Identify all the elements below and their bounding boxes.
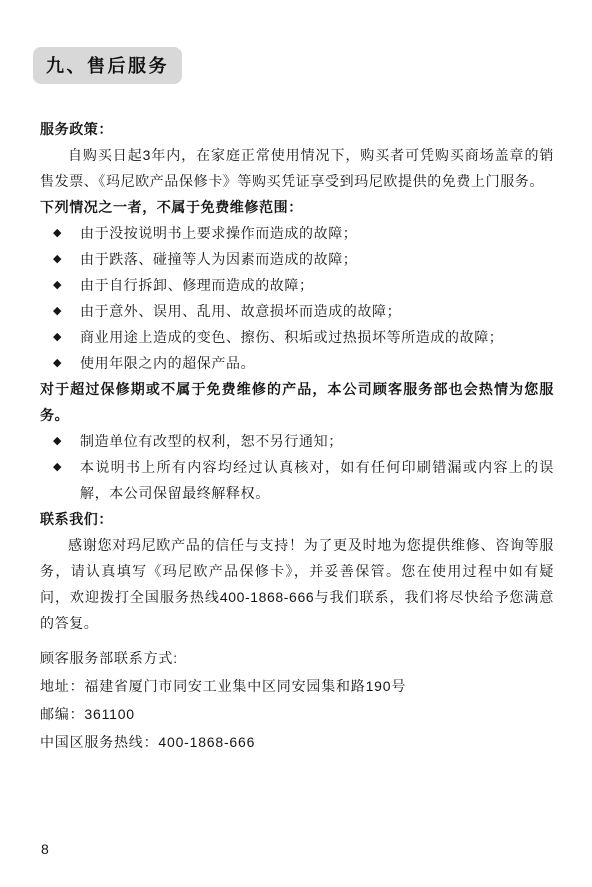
exclusions-heading: 下列情况之一者，不属于免费维修范围：	[40, 194, 554, 220]
page-content: 服务政策： 自购买日起3年内，在家庭正常使用情况下，购买者可凭购买商场盖章的销售…	[40, 116, 554, 756]
section-title: 九、售后服务	[46, 56, 169, 76]
diamond-bullet-icon: ◆	[53, 324, 61, 350]
over-warranty-note: 对于超过保修期或不属于免费维修的产品，本公司顾客服务部也会热情为您服务。	[40, 376, 554, 428]
exclusions-list: ◆ 由于没按说明书上要求操作而造成的故障； ◆ 由于跌落、碰撞等人为因素而造成的…	[40, 220, 554, 376]
note-text: 制造单位有改型的权利，恕不另行通知；	[80, 433, 343, 449]
contact-heading: 联系我们：	[40, 506, 554, 532]
exclusion-text: 由于跌落、碰撞等人为因素而造成的故障；	[80, 251, 357, 267]
section-title-box: 九、售后服务	[33, 47, 182, 84]
diamond-bullet-icon: ◆	[53, 272, 61, 298]
notes-list: ◆ 制造单位有改型的权利，恕不另行通知； ◆ 本说明书上所有内容均经过认真核对，…	[40, 428, 554, 506]
service-policy-intro: 自购买日起3年内，在家庭正常使用情况下，购买者可凭购买商场盖章的销售发票、《玛尼…	[40, 142, 554, 194]
address-line: 地址：福建省厦门市同安工业集中区同安园集和路190号	[40, 672, 554, 700]
service-dept-heading: 顾客服务部联系方式:	[40, 644, 554, 672]
list-item: ◆ 商业用途上造成的变色、擦伤、积垢或过热损坏等所造成的故障；	[40, 324, 554, 350]
service-policy-heading: 服务政策：	[40, 116, 554, 142]
manual-page: 九、售后服务 服务政策： 自购买日起3年内，在家庭正常使用情况下，购买者可凭购买…	[0, 0, 592, 887]
exclusion-text: 由于自行拆卸、修理而造成的故障；	[80, 277, 314, 293]
exclusion-text: 由于意外、误用、乱用、故意损坏而造成的故障；	[80, 303, 401, 319]
postal-code-line: 邮编：361100	[40, 700, 554, 728]
diamond-bullet-icon: ◆	[53, 220, 61, 246]
list-item: ◆ 本说明书上所有内容均经过认真核对，如有任何印刷错漏或内容上的误解，本公司保留…	[40, 454, 554, 506]
contact-body: 感谢您对玛尼欧产品的信任与支持！为了更及时地为您提供维修、咨询等服务，请认真填写…	[40, 532, 554, 636]
diamond-bullet-icon: ◆	[53, 298, 61, 324]
page-number: 8	[41, 841, 49, 857]
exclusion-text: 由于没按说明书上要求操作而造成的故障；	[80, 225, 357, 241]
list-item: ◆ 由于跌落、碰撞等人为因素而造成的故障；	[40, 246, 554, 272]
note-text: 本说明书上所有内容均经过认真核对，如有任何印刷错漏或内容上的误解，本公司保留最终…	[80, 459, 554, 501]
list-item: ◆ 使用年限之内的超保产品。	[40, 350, 554, 376]
list-item: ◆ 由于自行拆卸、修理而造成的故障；	[40, 272, 554, 298]
exclusion-text: 使用年限之内的超保产品。	[80, 355, 255, 371]
hotline-line: 中国区服务热线：400-1868-666	[40, 728, 554, 756]
list-item: ◆ 由于意外、误用、乱用、故意损坏而造成的故障；	[40, 298, 554, 324]
diamond-bullet-icon: ◆	[53, 454, 61, 480]
service-dept-contact: 顾客服务部联系方式: 地址：福建省厦门市同安工业集中区同安园集和路190号 邮编…	[40, 644, 554, 756]
list-item: ◆ 由于没按说明书上要求操作而造成的故障；	[40, 220, 554, 246]
diamond-bullet-icon: ◆	[53, 428, 61, 454]
diamond-bullet-icon: ◆	[53, 350, 61, 376]
exclusion-text: 商业用途上造成的变色、擦伤、积垢或过热损坏等所造成的故障；	[80, 329, 503, 345]
diamond-bullet-icon: ◆	[53, 246, 61, 272]
list-item: ◆ 制造单位有改型的权利，恕不另行通知；	[40, 428, 554, 454]
